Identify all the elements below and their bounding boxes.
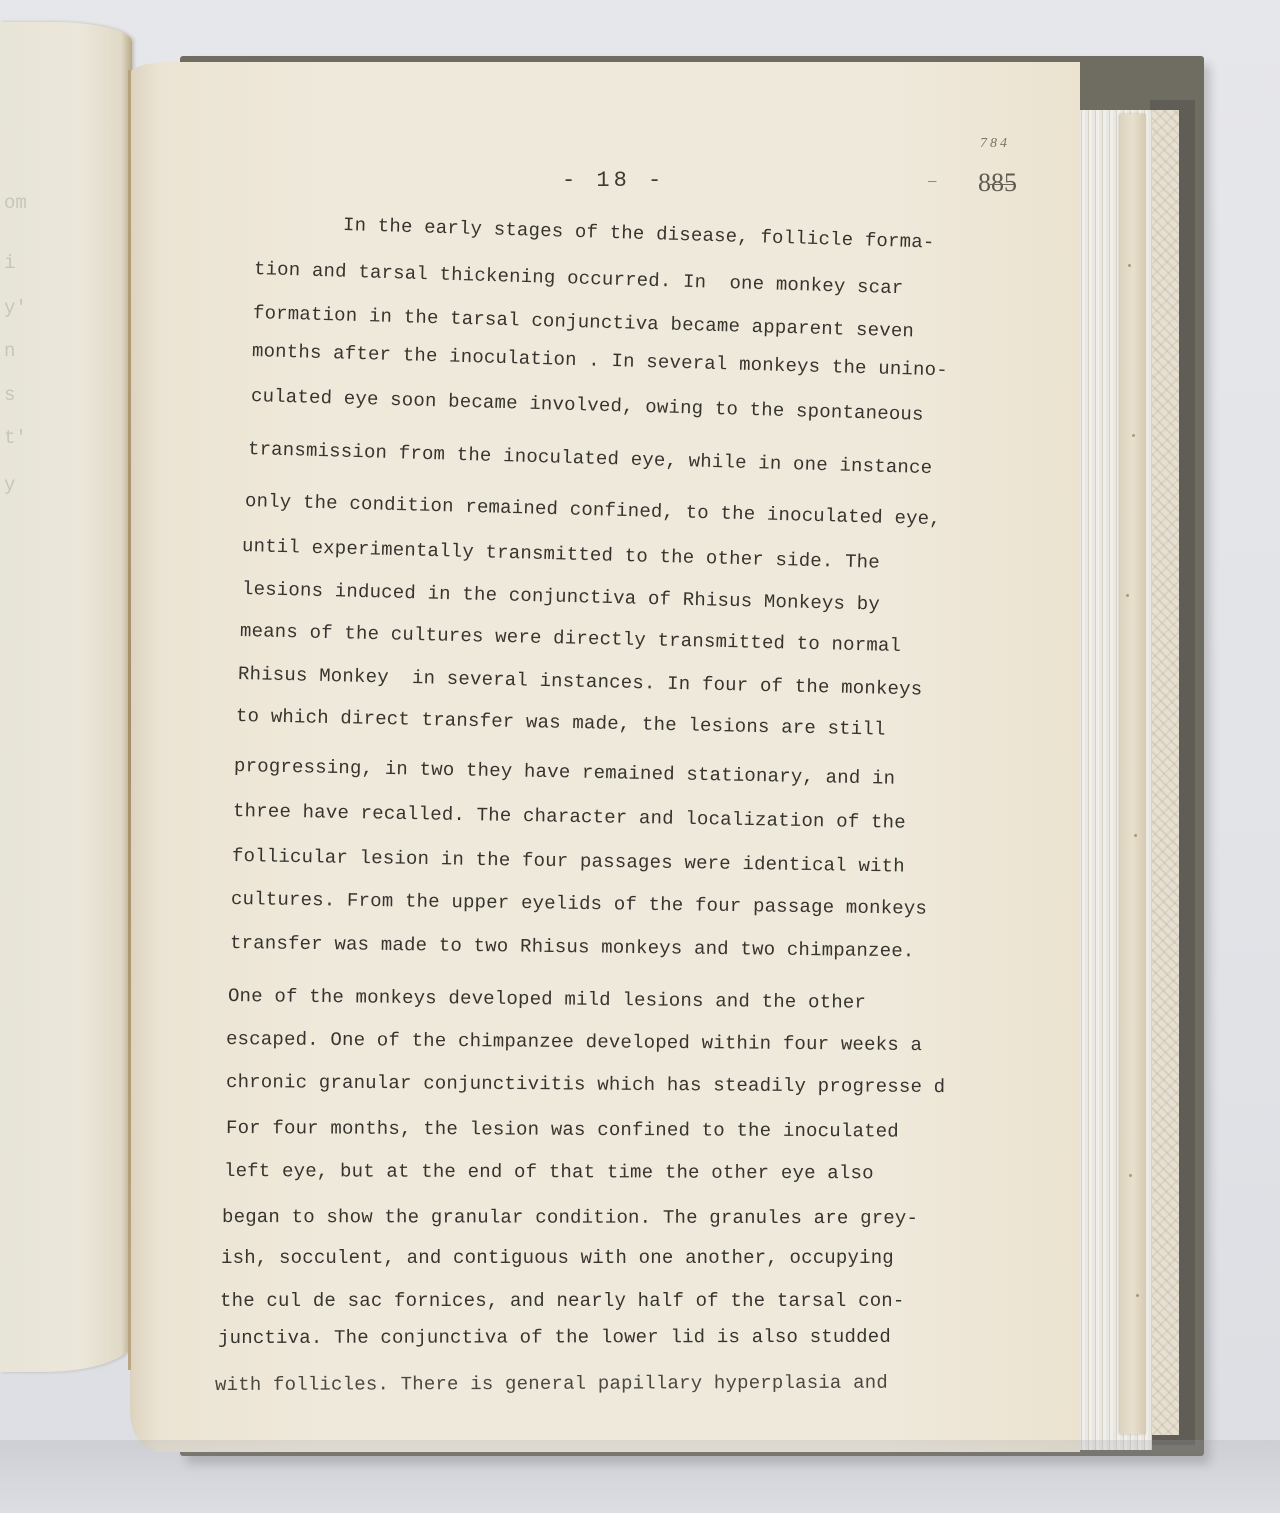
text-line: One of the monkeys developed mild lesion… <box>228 985 866 1014</box>
typewritten-body: In the early stages of the disease, foll… <box>0 0 1280 1513</box>
text-line: progressing, in two they have remained s… <box>234 755 896 790</box>
text-line: culated eye soon became involved, owing … <box>251 385 924 426</box>
text-line: lesions induced in the conjunctiva of Rh… <box>242 578 880 616</box>
text-line: chronic granular conjunctivitis which ha… <box>226 1071 945 1098</box>
text-line: ish, socculent, and contiguous with one … <box>221 1247 894 1269</box>
text-line: with follicles. There is general papilla… <box>215 1372 888 1396</box>
text-line: escaped. One of the chimpanzee developed… <box>226 1028 922 1056</box>
text-line: to which direct transfer was made, the l… <box>236 705 886 741</box>
text-line: only the condition remained confined, to… <box>245 490 941 530</box>
text-line: For four months, the lesion was confined… <box>226 1117 899 1143</box>
text-line: transmission from the inoculated eye, wh… <box>248 438 933 479</box>
text-line: means of the cultures were directly tran… <box>240 620 902 657</box>
text-line: began to show the granular condition. Th… <box>222 1206 918 1229</box>
text-line: months after the inoculation . In severa… <box>252 340 948 381</box>
text-line: Rhisus Monkey in several instances. In f… <box>238 663 923 701</box>
text-line: until experimentally transmitted to the … <box>242 535 880 574</box>
text-line: transfer was made to two Rhisus monkeys … <box>230 932 915 962</box>
text-line: tion and tarsal thickening occurred. In … <box>254 258 904 299</box>
book-shadow <box>0 1440 1280 1513</box>
text-line: the cul de sac fornices, and nearly half… <box>220 1290 905 1312</box>
text-line: In the early stages of the disease, foll… <box>343 214 935 254</box>
text-line: left eye, but at the end of that time th… <box>224 1160 874 1184</box>
text-line: three have recalled. The character and l… <box>233 800 906 834</box>
text-line: follicular lesion in the four passages w… <box>232 845 905 878</box>
text-line: formation in the tarsal conjunctiva beca… <box>253 302 915 342</box>
text-line: cultures. From the upper eyelids of the … <box>231 888 927 920</box>
text-line: junctiva. The conjunctiva of the lower l… <box>218 1326 891 1349</box>
